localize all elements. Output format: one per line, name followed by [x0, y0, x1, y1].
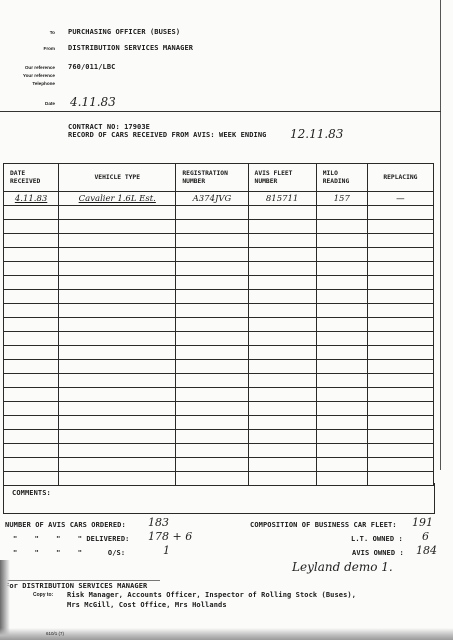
table-cell-blank [4, 318, 59, 332]
table-cell-blank [4, 458, 59, 472]
header-divider [0, 111, 441, 112]
col-date-received: DATERECEIVED [4, 164, 59, 192]
from-label: From [5, 46, 55, 51]
comments-label: COMMENTS: [12, 489, 51, 497]
table-cell-blank [367, 276, 433, 290]
table-cell-blank [248, 430, 316, 444]
contract-number: CONTRACT NO: 17903E [68, 123, 150, 131]
table-cell-blank [316, 430, 367, 444]
table-cell-blank [59, 290, 176, 304]
table-cell-blank [59, 262, 176, 276]
table-cell-blank [59, 388, 176, 402]
table-cell-blank [248, 388, 316, 402]
table-cell-blank [176, 234, 248, 248]
table-cell-blank [316, 262, 367, 276]
table-cell-blank [367, 318, 433, 332]
table-cell-blank [248, 458, 316, 472]
table-cell-blank [248, 262, 316, 276]
table-cell-blank [316, 290, 367, 304]
table-cell-blank [4, 248, 59, 262]
col-milo-reading: MILOREADING [316, 164, 367, 192]
table-cell-blank [4, 374, 59, 388]
table-cell-blank [59, 458, 176, 472]
table-row-blank [4, 206, 434, 220]
table-cell-blank [248, 346, 316, 360]
cell-replacing: — [367, 192, 433, 206]
table-cell-blank [176, 290, 248, 304]
table-cell-blank [59, 276, 176, 290]
ordered-label: NUMBER OF AVIS CARS ORDERED: [5, 521, 126, 529]
table-cell-blank [248, 402, 316, 416]
table-cell-blank [248, 318, 316, 332]
table-cell-blank [4, 346, 59, 360]
table-cell-blank [316, 206, 367, 220]
table-cell-blank [316, 458, 367, 472]
handwritten-note: Leyland demo 1. [292, 560, 393, 574]
scan-shadow-bottom [0, 628, 453, 640]
table-cell-blank [4, 332, 59, 346]
table-cell-blank [176, 206, 248, 220]
table-cell-blank [367, 388, 433, 402]
table-cell-blank [367, 332, 433, 346]
table-row: 4.11.83 Cavalier 1.6L Est. A374JVG 81571… [4, 192, 434, 206]
table-cell-blank [176, 402, 248, 416]
table-cell-blank [59, 332, 176, 346]
cars-received-table: DATERECEIVED VEHICLE TYPE REGISTRATIONNU… [3, 163, 434, 486]
table-cell-blank [316, 444, 367, 458]
table-cell-blank [4, 220, 59, 234]
table-cell-blank [4, 262, 59, 276]
col-avis-fleet-number: AVIS FLEETNUMBER [248, 164, 316, 192]
table-cell-blank [176, 388, 248, 402]
signature-line [5, 580, 160, 581]
our-reference-label: Our reference [5, 65, 55, 70]
table-cell-blank [316, 416, 367, 430]
table-cell-blank [367, 304, 433, 318]
table-cell-blank [59, 248, 176, 262]
table-row-blank [4, 360, 434, 374]
table-cell-blank [367, 458, 433, 472]
table-cell-blank [176, 332, 248, 346]
table-cell-blank [367, 262, 433, 276]
table-cell-blank [4, 206, 59, 220]
lt-owned-label: L.T. OWNED : [351, 535, 403, 543]
table-row-blank [4, 388, 434, 402]
table-cell-blank [316, 388, 367, 402]
table-cell-blank [59, 304, 176, 318]
table-cell-blank [59, 374, 176, 388]
table-cell-blank [176, 346, 248, 360]
table-cell-blank [316, 360, 367, 374]
table-cell-blank [248, 248, 316, 262]
table-cell-blank [316, 220, 367, 234]
table-cell-blank [316, 402, 367, 416]
table-cell-blank [248, 444, 316, 458]
table-cell-blank [176, 444, 248, 458]
table-cell-blank [176, 360, 248, 374]
table-cell-blank [367, 220, 433, 234]
table-cell-blank [4, 444, 59, 458]
table-cell-blank [4, 388, 59, 402]
table-cell-blank [4, 416, 59, 430]
os-label: " " " " O/S: [13, 549, 125, 557]
composition-label: COMPOSITION OF BUSINESS CAR FLEET: [250, 521, 397, 529]
right-margin-line [440, 0, 441, 470]
table-cell-blank [59, 234, 176, 248]
table-cell-blank [367, 416, 433, 430]
table-cell-blank [248, 360, 316, 374]
composition-value: 191 [412, 516, 433, 529]
col-registration-number: REGISTRATIONNUMBER [176, 164, 248, 192]
lt-owned-value: 6 [422, 530, 429, 543]
avis-owned-label: AVIS OWNED : [352, 549, 404, 557]
table-cell-blank [367, 234, 433, 248]
table-cell-blank [248, 276, 316, 290]
table-cell-blank [248, 234, 316, 248]
table-cell-blank [248, 290, 316, 304]
avis-owned-value: 184 [416, 544, 437, 557]
table-cell-blank [248, 206, 316, 220]
table-row-blank [4, 346, 434, 360]
to-value: PURCHASING OFFICER (BUSES) [68, 28, 180, 36]
table-header-row: DATERECEIVED VEHICLE TYPE REGISTRATIONNU… [4, 164, 434, 192]
cell-vehicle-type: Cavalier 1.6L Est. [59, 192, 176, 206]
table-cell-blank [176, 276, 248, 290]
table-row-blank [4, 234, 434, 248]
table-row-blank [4, 220, 434, 234]
table-cell-blank [367, 444, 433, 458]
table-cell-blank [367, 248, 433, 262]
comments-box: COMMENTS: [3, 483, 435, 514]
delivered-value: 178 + 6 [148, 530, 192, 543]
table-row-blank [4, 444, 434, 458]
cell-registration-number: A374JVG [176, 192, 248, 206]
record-title: RECORD OF CARS RECEIVED FROM AVIS: WEEK … [68, 131, 266, 139]
our-reference-value: 760/011/LBC [68, 63, 115, 71]
table-cell-blank [59, 360, 176, 374]
table-cell-blank [367, 402, 433, 416]
table-row-blank [4, 290, 434, 304]
memo-page: To PURCHASING OFFICER (BUSES) From DISTR… [0, 0, 453, 640]
table-row-blank [4, 402, 434, 416]
table-cell-blank [4, 402, 59, 416]
table-cell-blank [176, 416, 248, 430]
copy-to-line2: Mrs McGill, Cost Office, Mrs Hollands [67, 601, 227, 609]
table-cell-blank [316, 234, 367, 248]
table-cell-blank [59, 444, 176, 458]
table-row-blank [4, 276, 434, 290]
table-row-blank [4, 374, 434, 388]
table-row-blank [4, 430, 434, 444]
table-cell-blank [4, 276, 59, 290]
cell-date-received: 4.11.83 [4, 192, 59, 206]
table-cell-blank [367, 360, 433, 374]
table-cell-blank [316, 304, 367, 318]
table-cell-blank [248, 304, 316, 318]
table-row-blank [4, 248, 434, 262]
delivered-label: " " " " DELIVERED: [13, 535, 130, 543]
table-row-blank [4, 262, 434, 276]
table-cell-blank [59, 346, 176, 360]
table-cell-blank [59, 318, 176, 332]
signature-label: For DISTRIBUTION SERVICES MANAGER [5, 582, 147, 590]
table-cell-blank [176, 262, 248, 276]
copy-to-label: Copy to: [33, 592, 53, 598]
col-replacing: REPLACING [367, 164, 433, 192]
table-cell-blank [316, 318, 367, 332]
cell-milo-reading: 157 [316, 192, 367, 206]
os-value: 1 [163, 544, 170, 557]
table-cell-blank [367, 430, 433, 444]
table-cell-blank [248, 220, 316, 234]
table-cell-blank [59, 402, 176, 416]
table-cell-blank [248, 416, 316, 430]
table-cell-blank [316, 332, 367, 346]
date-value: 4.11.83 [70, 95, 116, 109]
to-label: To [5, 30, 55, 35]
table-cell-blank [176, 248, 248, 262]
table-row-blank [4, 332, 434, 346]
table-cell-blank [176, 430, 248, 444]
table-cell-blank [176, 374, 248, 388]
telephone-label: Telephone [5, 81, 55, 86]
form-code: 610/1 (7) [46, 631, 64, 636]
table-cell-blank [367, 374, 433, 388]
table-cell-blank [4, 430, 59, 444]
table-row-blank [4, 318, 434, 332]
cell-avis-fleet-number: 815711 [248, 192, 316, 206]
col-vehicle-type: VEHICLE TYPE [59, 164, 176, 192]
table-cell-blank [4, 290, 59, 304]
table-cell-blank [4, 234, 59, 248]
table-cell-blank [316, 248, 367, 262]
table-cell-blank [367, 346, 433, 360]
table-row-blank [4, 416, 434, 430]
table-cell-blank [316, 374, 367, 388]
table-cell-blank [59, 416, 176, 430]
table-cell-blank [316, 346, 367, 360]
table-cell-blank [176, 220, 248, 234]
week-ending-value: 12.11.83 [290, 127, 343, 141]
table-cell-blank [176, 318, 248, 332]
table-cell-blank [59, 430, 176, 444]
copy-to-line1: Risk Manager, Accounts Officer, Inspecto… [67, 591, 356, 599]
table-cell-blank [176, 304, 248, 318]
your-reference-label: Your reference [5, 73, 55, 78]
table-cell-blank [59, 206, 176, 220]
table-cell-blank [248, 332, 316, 346]
table-cell-blank [176, 458, 248, 472]
table-cell-blank [316, 276, 367, 290]
from-value: DISTRIBUTION SERVICES MANAGER [68, 44, 193, 52]
ordered-value: 183 [148, 516, 169, 529]
table-cell-blank [367, 290, 433, 304]
table-row-blank [4, 304, 434, 318]
table-cell-blank [59, 220, 176, 234]
date-label: Date [5, 101, 55, 106]
table-cell-blank [4, 304, 59, 318]
table-row-blank [4, 458, 434, 472]
table-cell-blank [367, 206, 433, 220]
table-cell-blank [4, 360, 59, 374]
table-cell-blank [248, 374, 316, 388]
